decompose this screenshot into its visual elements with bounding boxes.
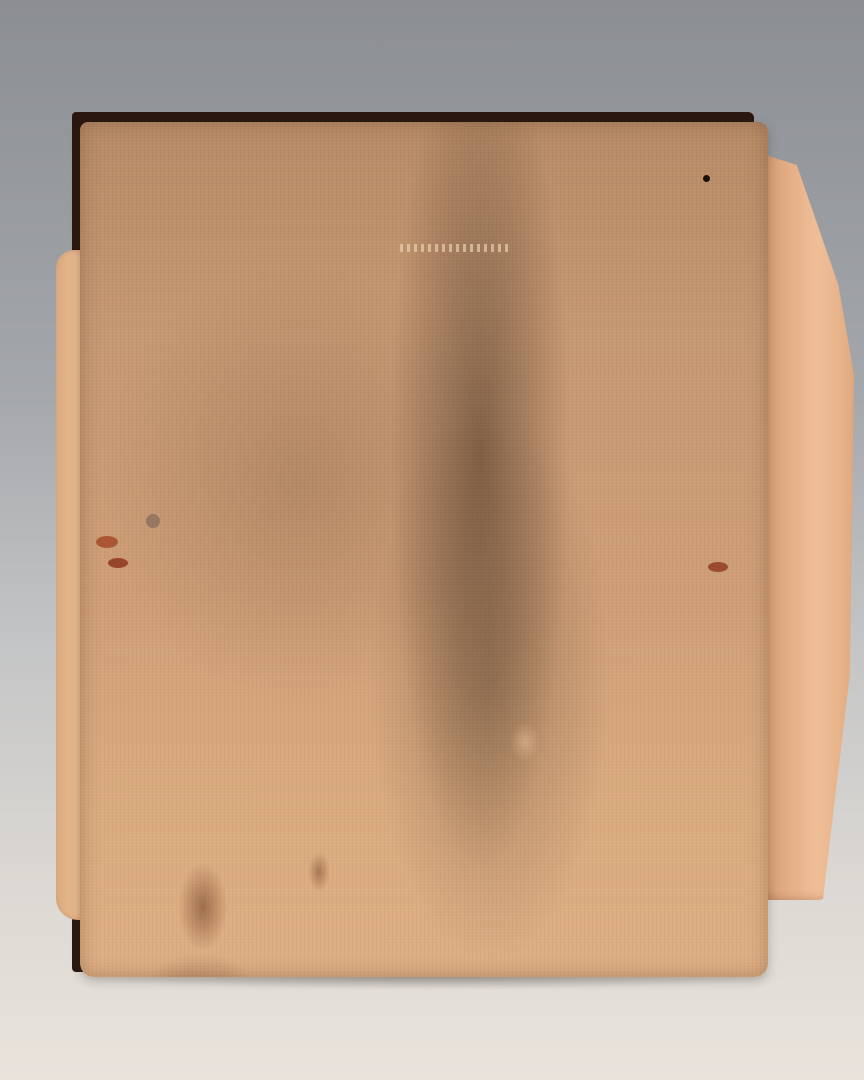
dark-stain-bottom-mid (308, 852, 330, 892)
light-patch (510, 722, 540, 762)
rust-stain-left-lower (108, 558, 128, 568)
small-hole (703, 175, 710, 182)
velvet-panel (80, 122, 768, 977)
rust-stain-left-upper (96, 536, 118, 548)
dark-stain-bottom-left (178, 862, 228, 952)
photo-scene (0, 0, 864, 1080)
rust-stain-right (708, 562, 728, 572)
grey-spot (146, 514, 160, 528)
frayed-top-edge (400, 244, 510, 252)
